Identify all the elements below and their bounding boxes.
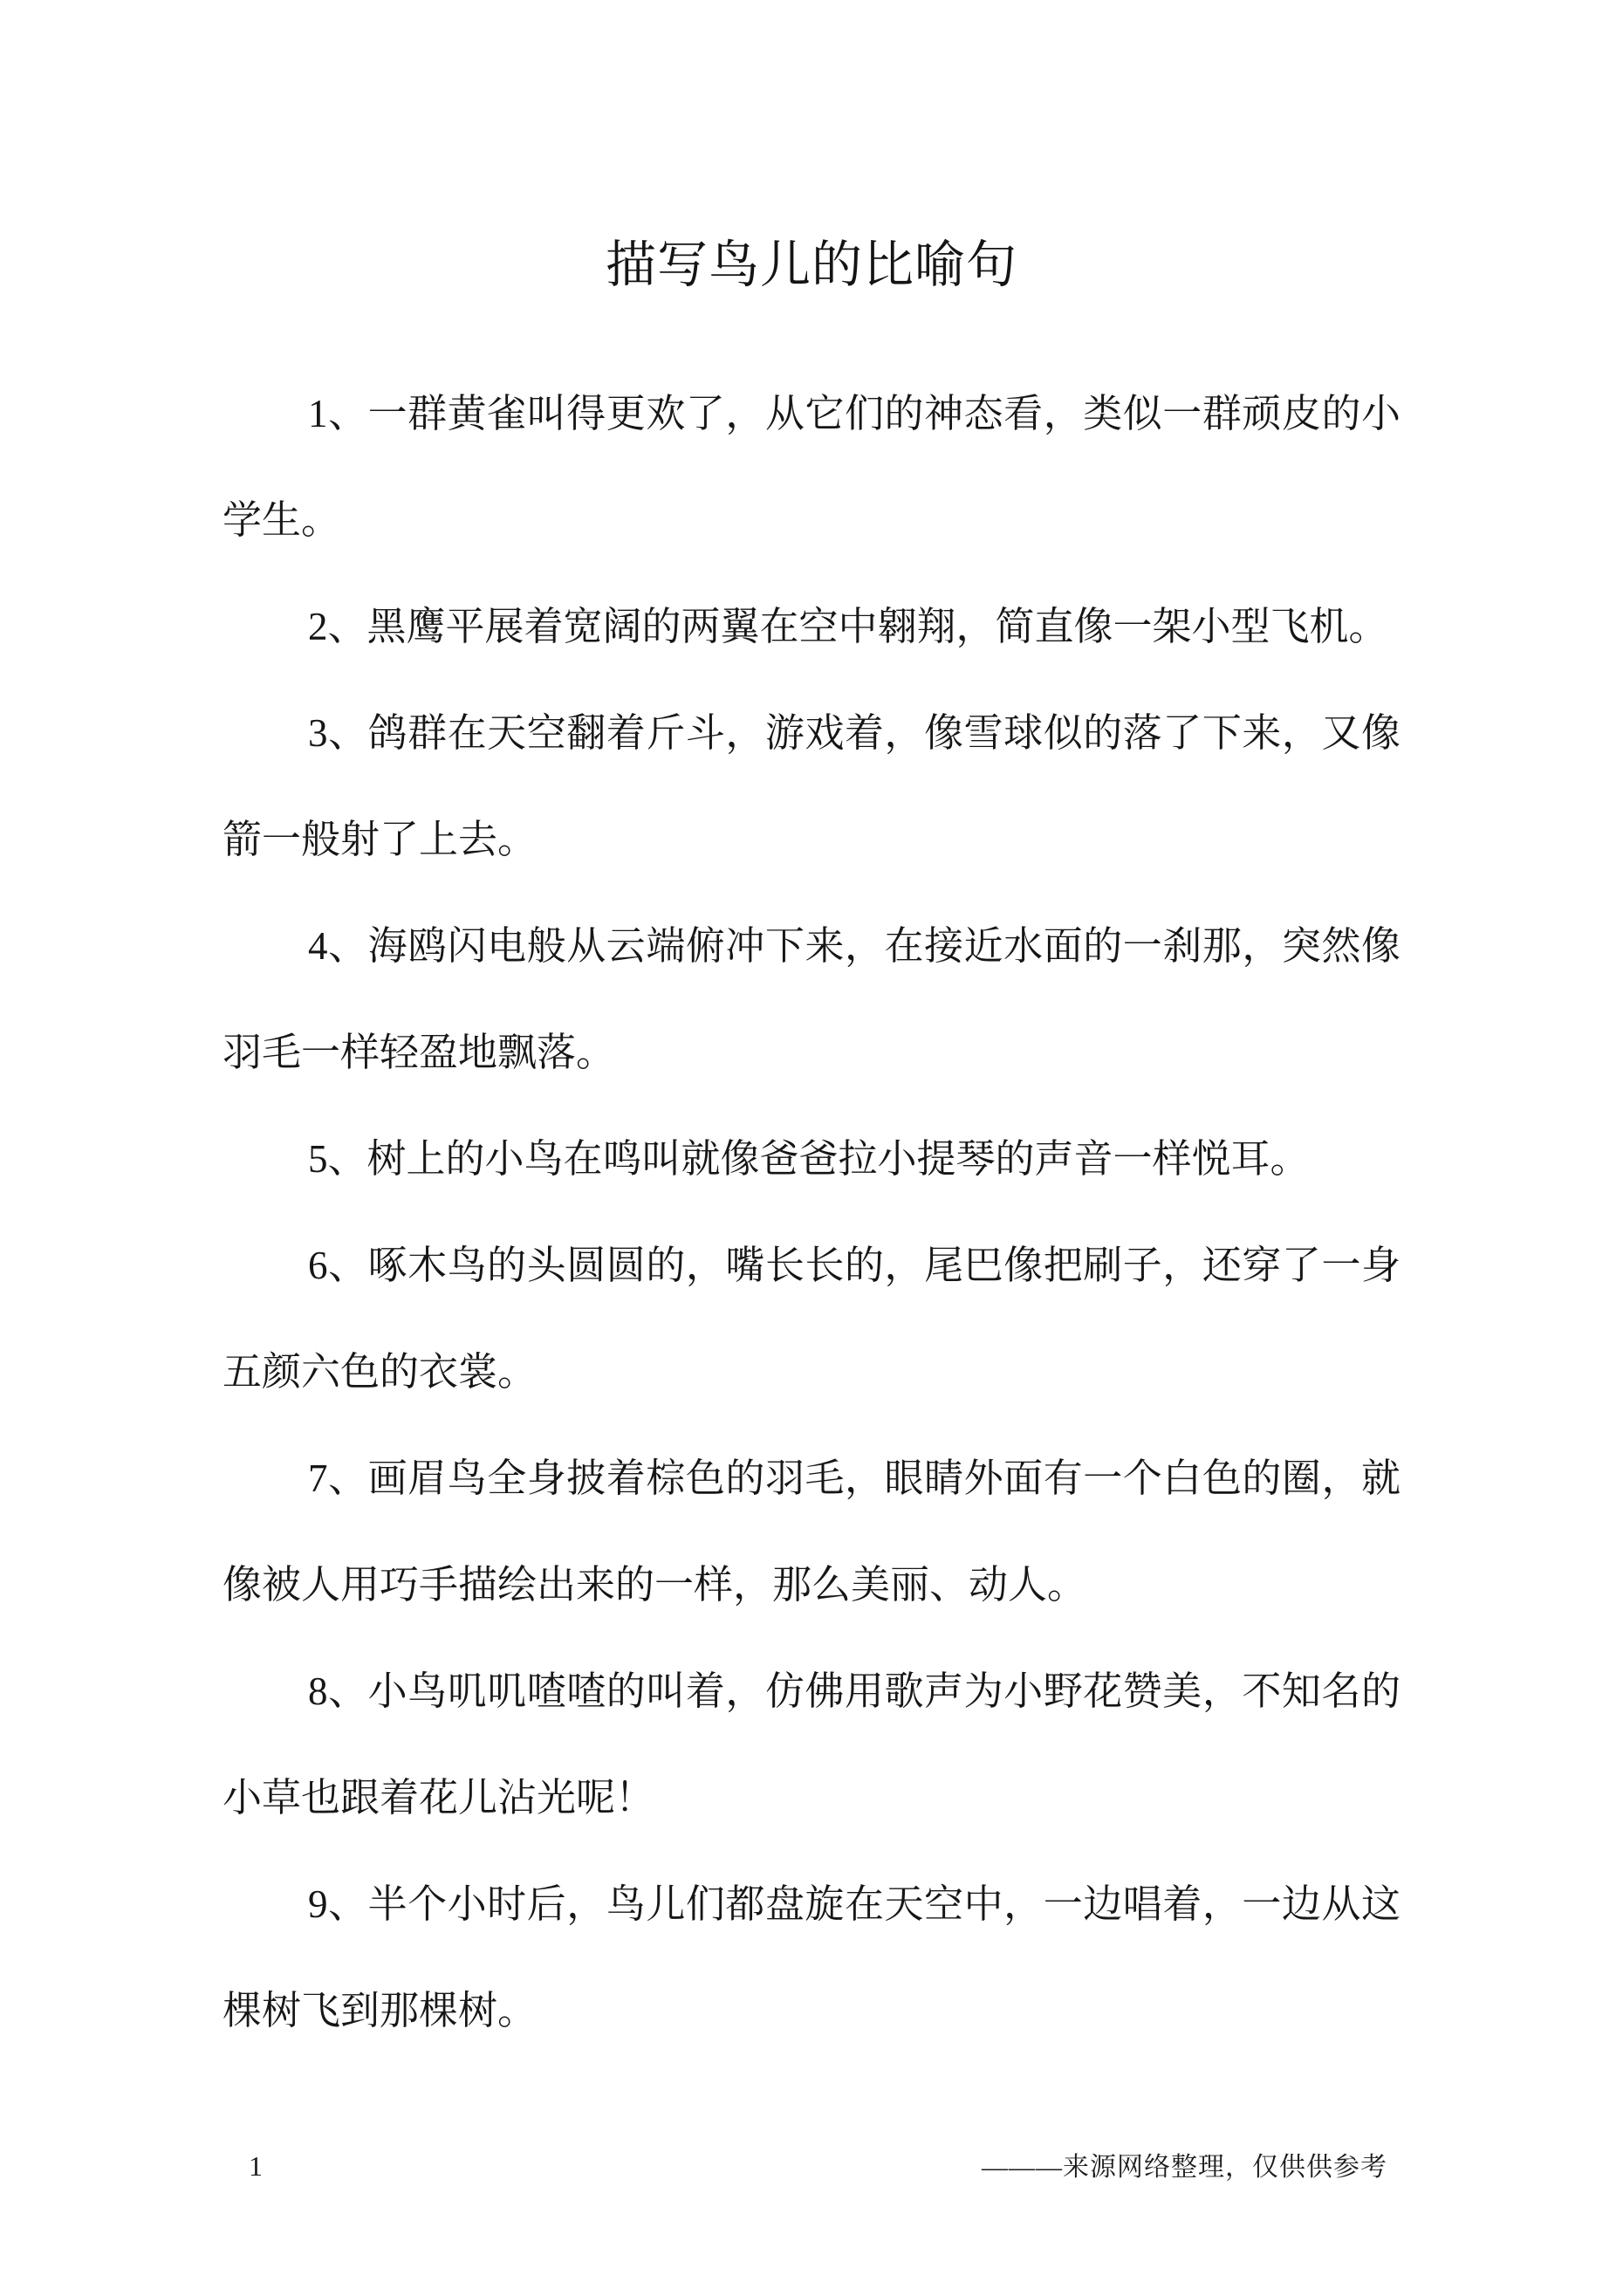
page-number: 1 [249, 2150, 263, 2183]
document-page: 描写鸟儿的比喻句 1、一群黄雀叫得更欢了，从它们的神态看，类似一群顽皮的小学生。… [0, 0, 1623, 2296]
paragraph: 9、半个小时后，鸟儿们都盘旋在天空中，一边唱着，一边从这棵树飞到那棵树。 [223, 1851, 1400, 2064]
page-footer: 1 ———来源网络整理，仅供供参考 [249, 2145, 1387, 2183]
footer-source-note: ———来源网络整理，仅供供参考 [982, 2145, 1387, 2183]
paragraph: 4、海鸥闪电般从云端俯冲下来，在接近水面的一刹那，突然像羽毛一样轻盈地飘落。 [223, 893, 1400, 1106]
paragraph: 5、树上的小鸟在鸣叫就像爸爸拉小提琴的声音一样悦耳。 [223, 1106, 1400, 1212]
paragraph: 7、画眉鸟全身披着棕色的羽毛，眼睛外面有一个白色的圈，就像被人用巧手描绘出来的一… [223, 1425, 1400, 1638]
paragraph: 3、鸽群在天空翻着斤斗，游戏着，像雪球似的落了下来，又像箭一般射了上去。 [223, 680, 1400, 893]
paragraph: 1、一群黄雀叫得更欢了，从它们的神态看，类似一群顽皮的小学生。 [223, 360, 1400, 573]
document-title: 描写鸟儿的比喻句 [0, 0, 1623, 291]
document-body: 1、一群黄雀叫得更欢了，从它们的神态看，类似一群顽皮的小学生。 2、黑鹰平展着宽… [223, 360, 1400, 2064]
paragraph: 8、小鸟叽叽喳喳的叫着，仿佛用歌声为小野花赞美，不知名的小草也跟着花儿沾光呢！ [223, 1638, 1400, 1851]
paragraph: 6、啄木鸟的头圆圆的，嘴长长的，尾巴像把刷子，还穿了一身五颜六色的衣裳。 [223, 1212, 1400, 1425]
paragraph: 2、黑鹰平展着宽阔的两翼在空中翱翔，简直像一架小型飞机。 [223, 573, 1400, 680]
